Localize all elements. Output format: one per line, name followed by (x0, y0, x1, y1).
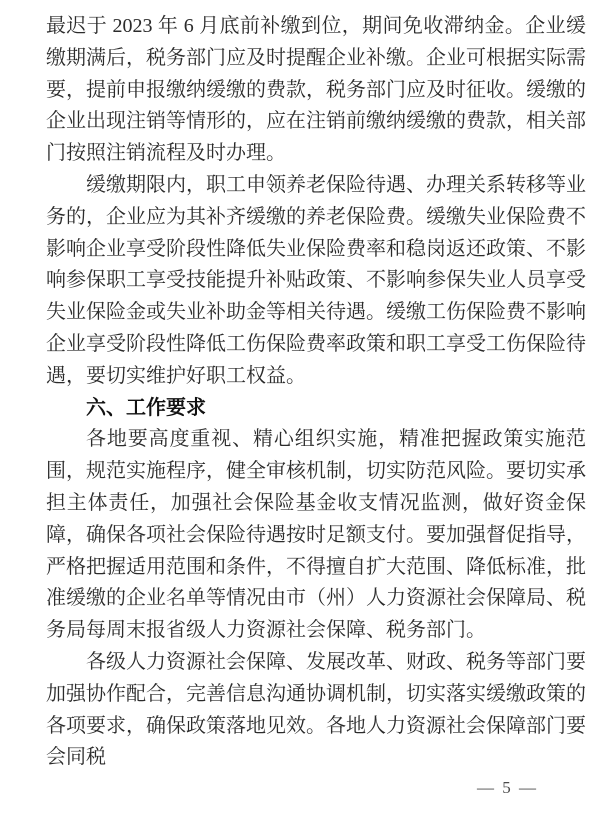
document-page: 最迟于 2023 年 6 月底前补缴到位，期间免收滞纳金。企业缓缴期满后，税务部… (0, 0, 605, 837)
document-body: 最迟于 2023 年 6 月底前补缴到位，期间免收滞纳金。企业缓缴期满后，税务部… (46, 11, 586, 774)
paragraph: 缓缴期限内，职工申领养老保险待遇、办理关系转移等业务的，企业应为其补齐缓缴的养老… (46, 170, 586, 393)
page-number: — 5 — (477, 778, 538, 797)
section-heading: 六、工作要求 (46, 393, 586, 425)
paragraph: 各级人力资源社会保障、发展改革、财政、税务等部门要加强协作配合，完善信息沟通协调… (46, 647, 586, 774)
page-footer: — 5 — (46, 777, 586, 799)
paragraph: 最迟于 2023 年 6 月底前补缴到位，期间免收滞纳金。企业缓缴期满后，税务部… (46, 11, 586, 170)
paragraph: 各地要高度重视、精心组织实施，精准把握政策实施范围，规范实施程序，健全审核机制，… (46, 424, 586, 647)
